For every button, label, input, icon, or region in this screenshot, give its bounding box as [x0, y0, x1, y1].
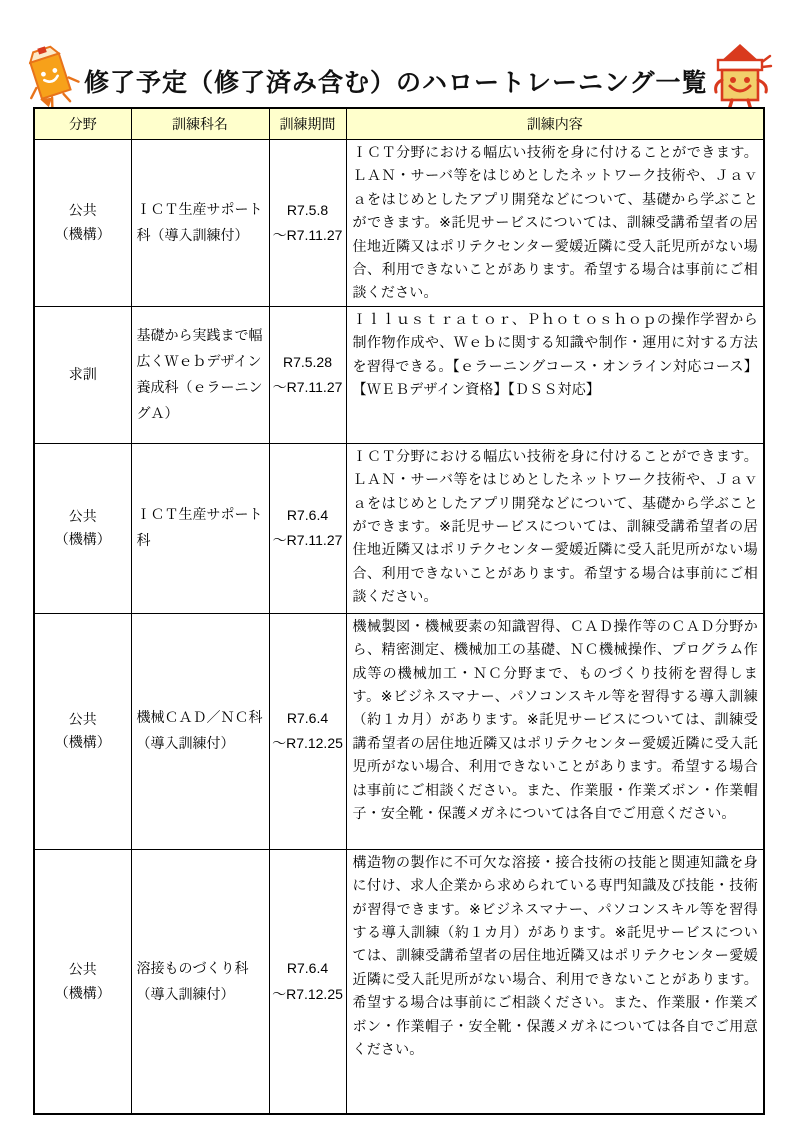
- cell-field: 公共 （機構）: [34, 849, 131, 1114]
- table-row: 公共 （機構） ＩＣＴ生産サポート科（導入訓練付） R7.5.8 ～R7.11.…: [34, 140, 764, 307]
- cell-course-name: 溶接ものづくり科（導入訓練付）: [131, 849, 269, 1114]
- cell-content: Ｉｌｌｕｓｔｒａｔｏｒ、Ｐｈｏｔｏｓｈｏｐの操作学習から制作物作成や、Ｗｅｂに関…: [346, 306, 764, 443]
- cell-field: 公共 （機構）: [34, 613, 131, 849]
- table-row: 公共 （機構） ＩＣＴ生産サポート科 R7.6.4 ～R7.11.27 ＩＣＴ分…: [34, 443, 764, 613]
- table-row: 求訓 基礎から実践まで幅広くＷｅｂデザイン養成科（ｅラーニングＡ） R7.5.2…: [34, 306, 764, 443]
- document-page: 修了予定（修了済み含む）のハロートレーニング一覧: [0, 0, 794, 1123]
- cell-content: 構造物の製作に不可欠な溶接・接合技術の技能と関連知識を身に付け、求人企業から求め…: [346, 849, 764, 1114]
- table-row: 公共 （機構） 機械ＣＡＤ／ＮＣ科（導入訓練付） R7.6.4 ～R7.12.2…: [34, 613, 764, 849]
- cell-course-name: ＩＣＴ生産サポート科（導入訓練付）: [131, 140, 269, 307]
- cell-period: R7.5.8 ～R7.11.27: [269, 140, 346, 307]
- cell-content: 機械製図・機械要素の知識習得、ＣＡＤ操作等のＣＡＤ分野から、精密測定、機械加工の…: [346, 613, 764, 849]
- header-course-name: 訓練科名: [131, 108, 269, 140]
- header-field: 分野: [34, 108, 131, 140]
- cell-content: ＩＣＴ分野における幅広い技術を身に付けることができます。ＬＡＮ・サーバ等をはじめ…: [346, 140, 764, 307]
- cell-period: R7.6.4 ～R7.12.25: [269, 613, 346, 849]
- cell-period: R7.5.28 ～R7.11.27: [269, 306, 346, 443]
- table-row: 公共 （機構） 溶接ものづくり科（導入訓練付） R7.6.4 ～R7.12.25…: [34, 849, 764, 1114]
- header-content: 訓練内容: [346, 108, 764, 140]
- table-header-row: 分野 訓練科名 訓練期間 訓練内容: [34, 108, 764, 140]
- orange-pencil-character-icon: [20, 45, 82, 116]
- cell-course-name: ＩＣＴ生産サポート科: [131, 443, 269, 613]
- training-course-table: 分野 訓練科名 訓練期間 訓練内容 公共 （機構） ＩＣＴ生産サポート科（導入訓…: [33, 107, 765, 1115]
- cell-content: ＩＣＴ分野における幅広い技術を身に付けることができます。ＬＡＮ・サーバ等をはじめ…: [346, 443, 764, 613]
- cell-course-name: 基礎から実践まで幅広くＷｅｂデザイン養成科（ｅラーニングＡ）: [131, 306, 269, 443]
- cell-course-name: 機械ＣＡＤ／ＮＣ科（導入訓練付）: [131, 613, 269, 849]
- cell-field: 求訓: [34, 306, 131, 443]
- header-period: 訓練期間: [269, 108, 346, 140]
- page-title: 修了予定（修了済み含む）のハロートレーニング一覧: [84, 63, 708, 99]
- cell-field: 公共 （機構）: [34, 140, 131, 307]
- cell-period: R7.6.4 ～R7.11.27: [269, 443, 346, 613]
- cell-period: R7.6.4 ～R7.12.25: [269, 849, 346, 1114]
- cell-field: 公共 （機構）: [34, 443, 131, 613]
